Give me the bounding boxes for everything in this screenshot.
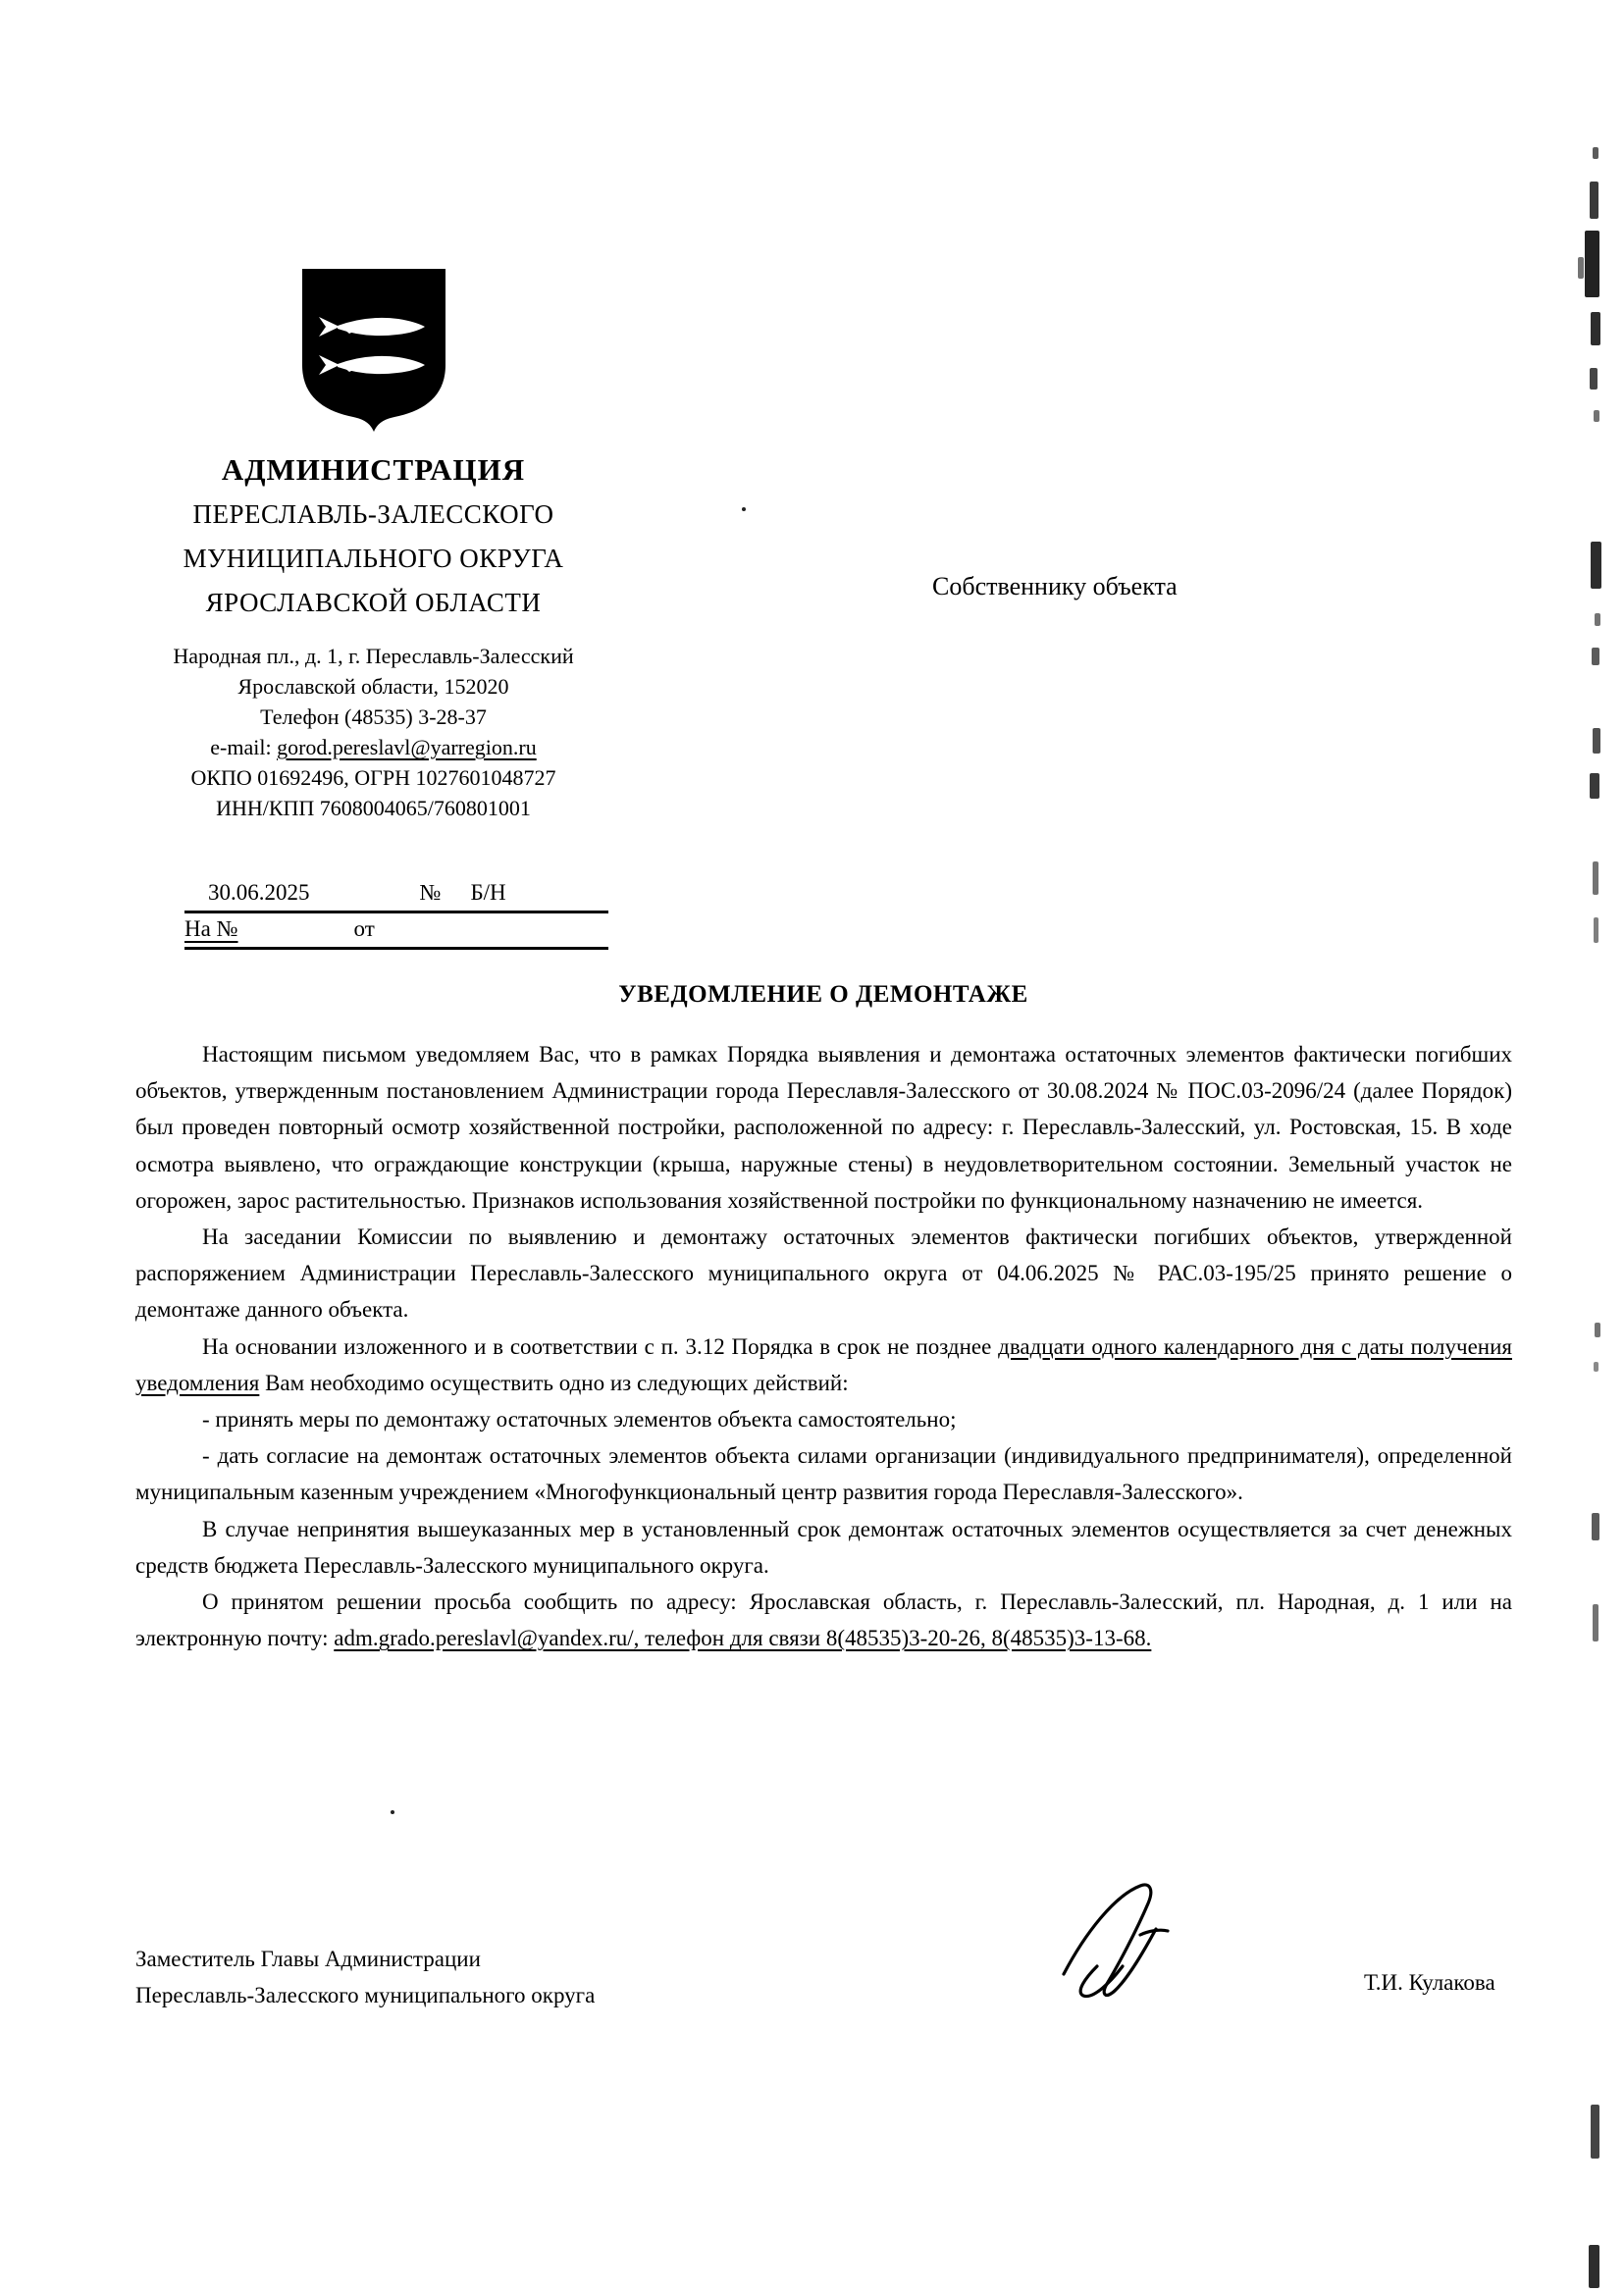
signature-block: Заместитель Главы Администрации Переслав… [135, 1941, 1568, 2013]
scan-artifact [1590, 182, 1598, 219]
letter-body: Настоящим письмом уведомляем Вас, что в … [135, 1036, 1512, 1656]
scan-artifact [1589, 2245, 1599, 2288]
scan-artifact [1590, 773, 1599, 799]
signer-position-line1: Заместитель Главы Администрации [135, 1941, 1568, 1977]
scan-artifact [1593, 861, 1598, 895]
scan-artifact [1591, 312, 1600, 345]
paragraph-7: О принятом решении просьба сообщить по а… [135, 1584, 1512, 1656]
scan-artifact [1593, 147, 1598, 159]
signer-position-line2: Переславль-Залесского муниципального окр… [135, 1977, 1568, 2013]
org-name-line1: АДМИНИСТРАЦИЯ [126, 447, 621, 493]
letter-date: 30.06.2025 [208, 880, 310, 906]
scan-artifact [1585, 231, 1599, 297]
email-line: e-mail: gorod.pereslavl@yarregion.ru [126, 732, 621, 762]
reply-date-label: от [354, 916, 375, 942]
phone-line: Телефон (48535) 3-28-37 [126, 702, 621, 732]
letterhead-contacts: Народная пл., д. 1, г. Переславль-Залесс… [126, 641, 621, 823]
scan-artifact [1595, 1323, 1600, 1337]
scan-artifact [1591, 542, 1601, 589]
reference-block: 30.06.2025 № Б/Н На № от [184, 880, 608, 950]
document-title: УВЕДОМЛЕНИЕ О ДЕМОНТАЖЕ [135, 981, 1511, 1009]
paragraph-3-text-end: Вам необходимо осуществить одно из следу… [259, 1371, 848, 1395]
scan-artifact [1592, 1513, 1599, 1540]
reply-reference-row: На № от [184, 916, 608, 950]
inn-kpp-line: ИНН/КПП 7608004065/760801001 [126, 793, 621, 823]
scan-artifact [1593, 1604, 1598, 1641]
bullet-option-2: - дать согласие на демонтаж остаточных э… [135, 1437, 1512, 1510]
recipient: Собственнику объекта [932, 572, 1178, 601]
reply-number-prefix: На № [184, 916, 238, 942]
okpo-ogrn-line: ОКПО 01692496, ОГРН 1027601048727 [126, 762, 621, 793]
paragraph-6: В случае непринятия вышеуказанных мер в … [135, 1511, 1512, 1584]
paragraph-3-text: На основании изложенного и в соответстви… [202, 1334, 998, 1359]
date-number-row: 30.06.2025 № Б/Н [184, 880, 608, 913]
scan-artifact [1578, 257, 1584, 279]
signer-name: Т.И. Кулакова [1364, 1964, 1495, 2001]
contact-underlined-text: adm.grado.pereslavl@yandex.ru/, телефон … [334, 1626, 1151, 1650]
org-name-line2: ПЕРЕСЛАВЛЬ-ЗАЛЕССКОГО [126, 493, 621, 537]
email-address: gorod.pereslavl@yarregion.ru [277, 735, 537, 759]
number-sign: № [420, 880, 442, 906]
scanned-letter-page: АДМИНИСТРАЦИЯ ПЕРЕСЛАВЛЬ-ЗАЛЕССКОГО МУНИ… [0, 0, 1624, 2292]
paragraph-3: На основании изложенного и в соответстви… [135, 1328, 1512, 1401]
address-line2: Ярославской области, 152020 [126, 671, 621, 702]
letter-number: Б/Н [470, 880, 505, 906]
scan-artifact [1590, 368, 1598, 390]
org-name-line3: МУНИЦИПАЛЬНОГО ОКРУГА [126, 537, 621, 581]
bullet-option-1: - принять меры по демонтажу остаточных э… [135, 1401, 1512, 1437]
org-name-line4: ЯРОСЛАВСКОЙ ОБЛАСТИ [126, 581, 621, 625]
paragraph-2: На заседании Комиссии по выявлению и дем… [135, 1219, 1512, 1328]
scan-artifact [1594, 917, 1598, 943]
scan-artifact [1594, 410, 1599, 422]
scan-speck [742, 507, 746, 511]
handwritten-signature [1046, 1880, 1193, 2007]
paragraph-1: Настоящим письмом уведомляем Вас, что в … [135, 1036, 1512, 1219]
address-line1: Народная пл., д. 1, г. Переславль-Залесс… [126, 641, 621, 671]
scan-speck [391, 1810, 394, 1814]
scan-artifact [1594, 1362, 1598, 1372]
letterhead: АДМИНИСТРАЦИЯ ПЕРЕСЛАВЛЬ-ЗАЛЕССКОГО МУНИ… [126, 267, 621, 823]
coat-of-arms-two-fish-icon [300, 267, 447, 434]
scan-artifact [1591, 2105, 1599, 2159]
scan-artifact [1592, 648, 1599, 665]
email-label: e-mail: [210, 735, 277, 759]
scan-artifact [1595, 613, 1600, 626]
scan-artifact [1593, 728, 1600, 754]
